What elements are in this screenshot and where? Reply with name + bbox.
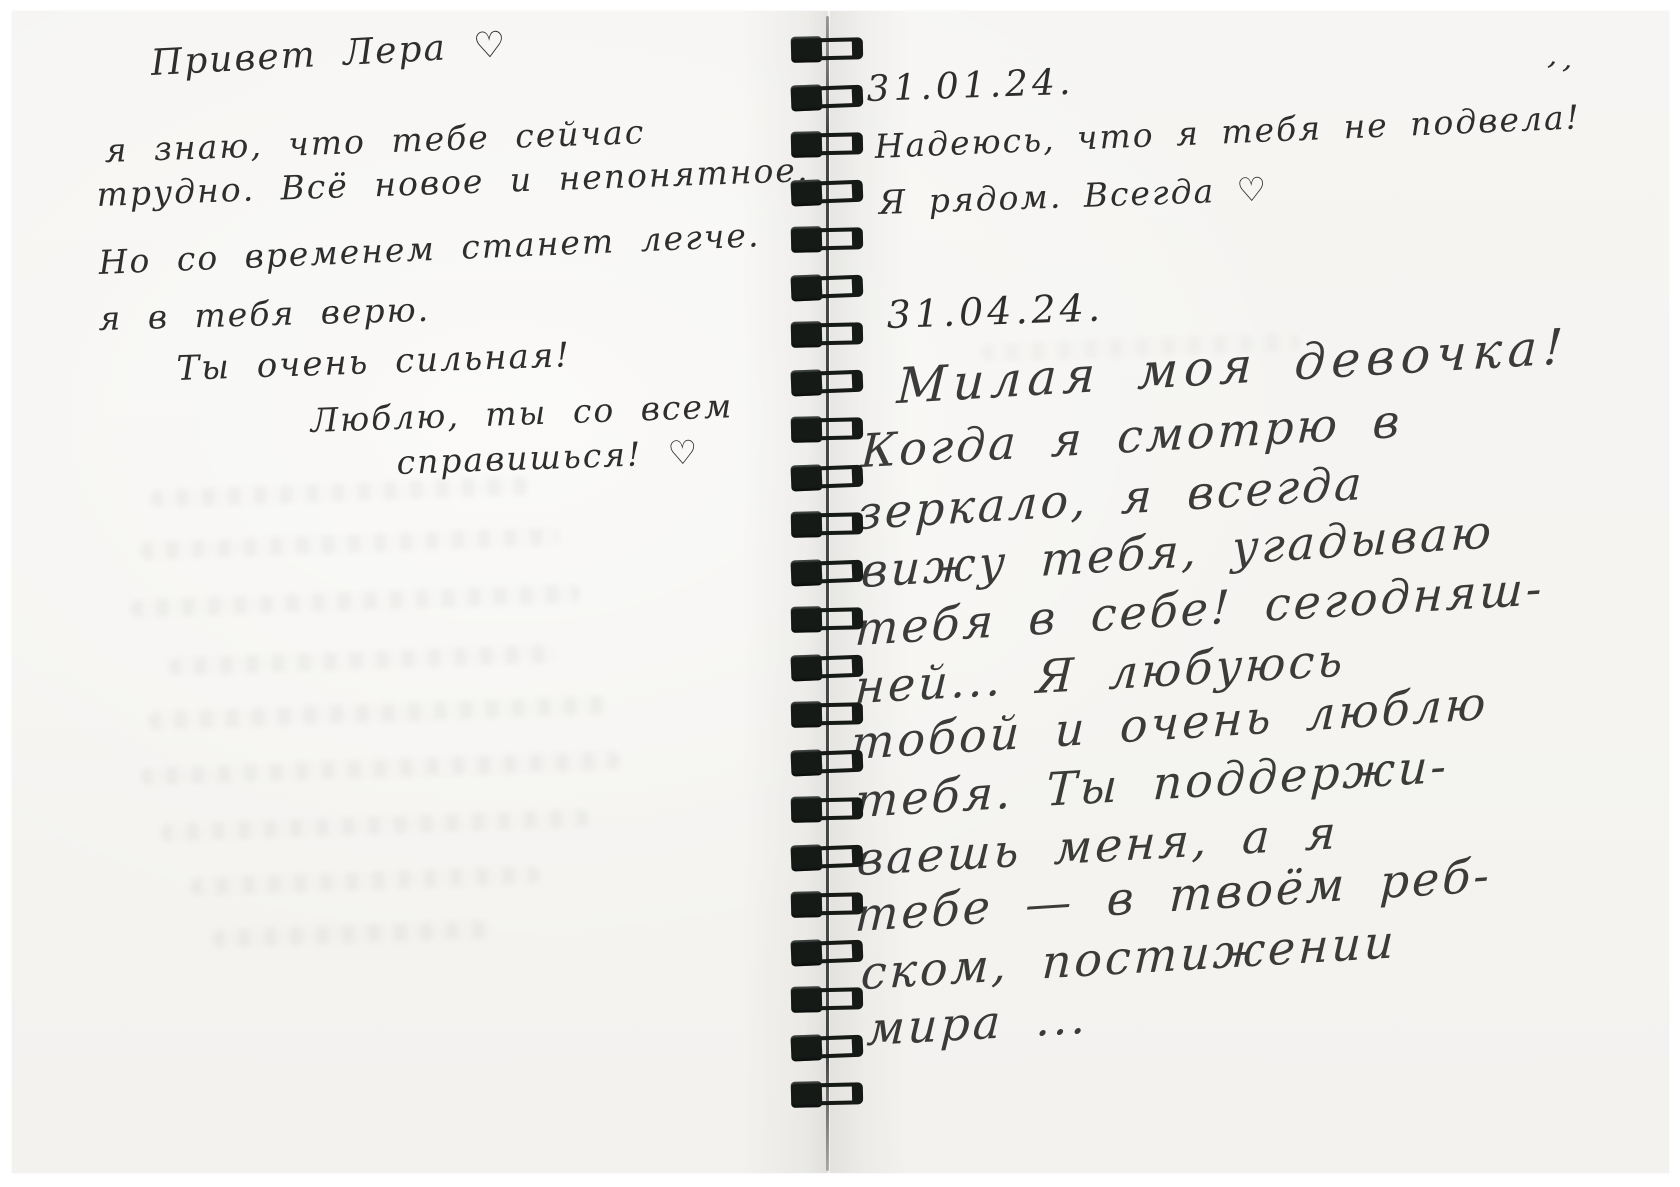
entry-date: 31.01.24. — [866, 65, 1075, 108]
notebook-scan: Привет Лера ♡ я знаю, что тебе сейчас тр… — [0, 0, 1680, 1187]
gutter-line — [826, 16, 829, 1171]
entry-date: 31.04.24. — [886, 288, 1105, 334]
handwriting-line: мира ... — [866, 994, 1090, 1053]
handwriting-line: справишься! ♡ — [396, 435, 700, 479]
handwriting-line: я в тебя верю. — [98, 293, 431, 335]
